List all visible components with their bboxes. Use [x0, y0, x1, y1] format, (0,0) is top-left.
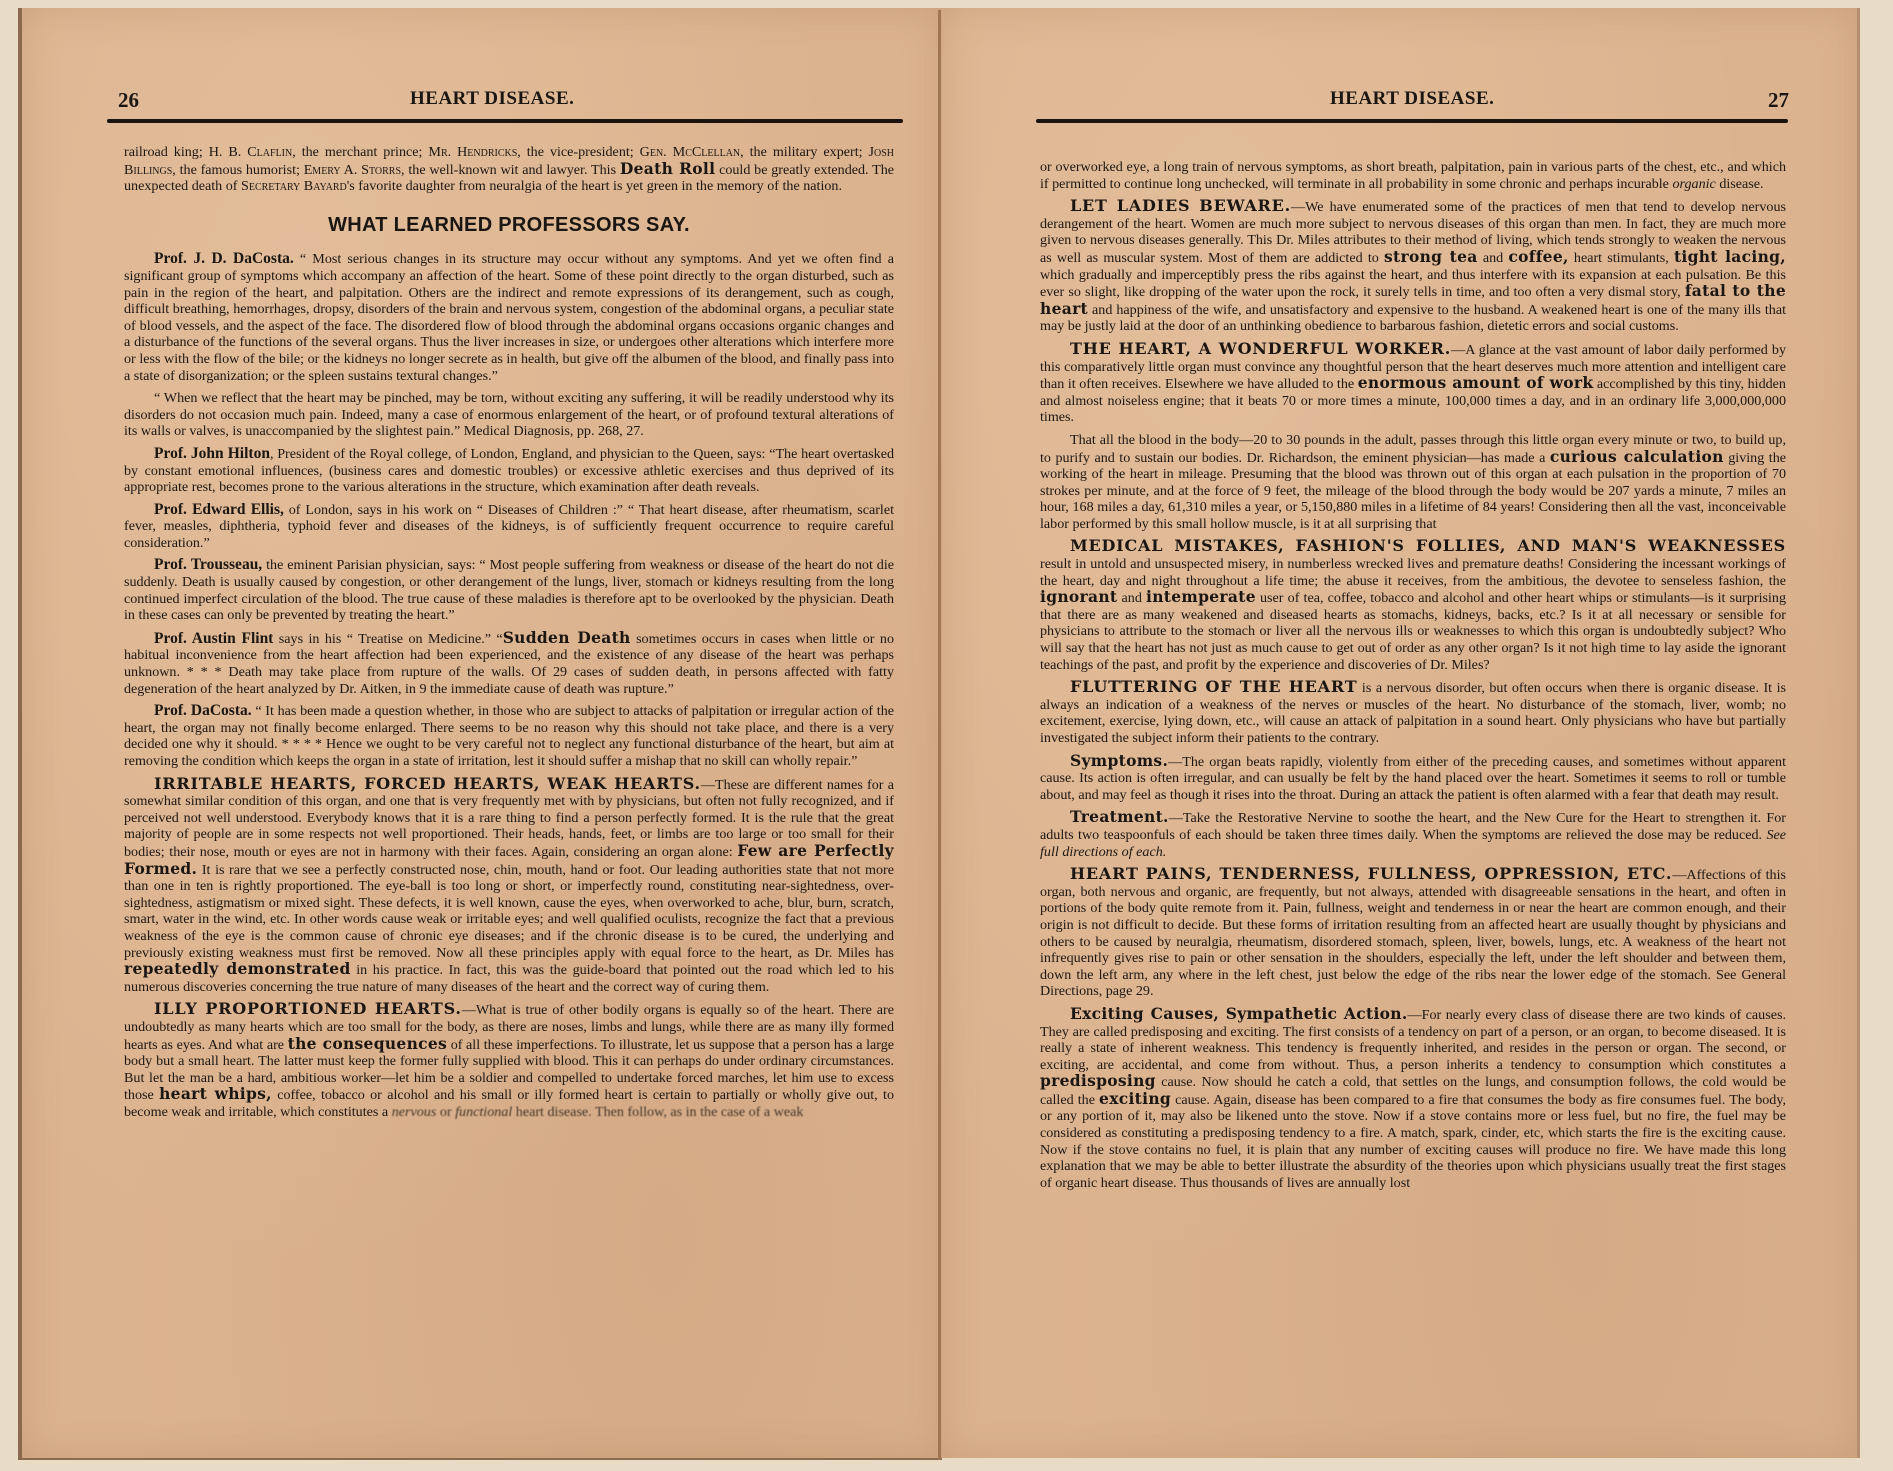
quote-text: says in his “ Treatise on Medicine.” “ — [273, 631, 502, 647]
text-run: 's favorite daughter from neuralgia of t… — [347, 178, 842, 194]
book-spine — [938, 10, 941, 1460]
emphasis-text: intemperate — [1146, 587, 1256, 606]
blood-calculation-paragraph: That all the blood in the body—20 to 30 … — [1040, 432, 1786, 533]
professor-name: Prof. Austin Flint — [154, 630, 273, 647]
body-text: result in untold and unsuspected misery,… — [1040, 556, 1786, 589]
section-title-professors: WHAT LEARNED PROFESSORS SAY. — [124, 217, 894, 234]
left-header-rule — [107, 119, 903, 123]
body-text: which gradually and imperceptibly press … — [1040, 267, 1786, 301]
emphasis-text: heart whips, — [159, 1084, 272, 1103]
emphasis-text: enormous amount of work — [1358, 373, 1594, 392]
section-heading: ILLY PROPORTIONED HEARTS. — [154, 999, 462, 1018]
body-text: or — [436, 1104, 455, 1120]
text-run: , the vice-president; — [517, 144, 639, 160]
section-let-ladies-beware: LET LADIES BEWARE.—We have enumerated so… — [1040, 198, 1786, 335]
quote-text: “ Most serious changes in its structure … — [124, 251, 894, 383]
emphasis-text: curious calculation — [1550, 447, 1724, 466]
left-page-body: railroad king; H. B. Claflin, the mercha… — [124, 144, 894, 1126]
section-heading: Treatment. — [1070, 807, 1169, 826]
section-heading: IRRITABLE HEARTS, FORCED HEARTS, WEAK HE… — [154, 774, 701, 793]
section-wonderful-worker: THE HEART, A WONDERFUL WORKER.—A glance … — [1040, 341, 1786, 426]
professor-name: Prof. John Hilton — [154, 445, 270, 462]
text-run: , the famous humorist; — [172, 162, 303, 178]
section-exciting-causes: Exciting Causes, Sympathetic Action.—For… — [1040, 1006, 1786, 1192]
text-run: , the military expert; — [740, 144, 868, 160]
body-text: heart stimulants, — [1569, 250, 1674, 266]
body-text: —Affections of this organ, both nervous … — [1040, 867, 1786, 999]
continued-paragraph: or overworked eye, a long train of nervo… — [1040, 159, 1786, 192]
section-heading: FLUTTERING OF THE HEART — [1070, 677, 1357, 696]
emphasis-sudden-death: Sudden Death — [503, 628, 631, 647]
section-fluttering: FLUTTERING OF THE HEART is a nervous dis… — [1040, 679, 1786, 746]
text-run: , the merchant prince; — [292, 144, 428, 160]
text-run: , the well-known wit and lawyer. This — [401, 162, 620, 178]
emphasis-text: strong tea — [1384, 247, 1478, 266]
body-text: It is rare that we see a perfectly const… — [124, 862, 894, 961]
emphasis-text: exciting — [1099, 1089, 1171, 1108]
person-name: Emery A. Storrs — [304, 162, 401, 178]
person-name: Mr. Hendricks — [428, 144, 517, 160]
section-heading: MEDICAL MISTAKES, FASHION'S FOLLIES, AND… — [1070, 536, 1786, 555]
emphasis-text: coffee, — [1508, 247, 1568, 266]
professor-name: Prof. Trousseau, — [154, 556, 262, 573]
section-treatment: Treatment.—Take the Restorative Nervine … — [1040, 809, 1786, 860]
section-symptoms: Symptoms.—The organ beats rapidly, viole… — [1040, 753, 1786, 804]
emphasis-text: ignorant — [1040, 587, 1117, 606]
left-page-number: 26 — [118, 88, 139, 113]
section-heading: Symptoms. — [1070, 751, 1168, 770]
quote-ellis: Prof. Edward Ellis, of London, says in h… — [124, 502, 894, 552]
italic-text: functional — [455, 1104, 512, 1120]
section-heading: HEART PAINS, TENDERNESS, FULLNESS, OPPRE… — [1070, 864, 1672, 883]
section-illy-proportioned: ILLY PROPORTIONED HEARTS.—What is true o… — [124, 1001, 894, 1120]
professor-name: Prof. Edward Ellis, — [154, 501, 284, 518]
book-spread: 26 HEART DISEASE. railroad king; H. B. C… — [0, 0, 1893, 1471]
quote-hilton: Prof. John Hilton, President of the Roya… — [124, 446, 894, 496]
quote-text: “ When we reflect that the heart may be … — [124, 390, 894, 439]
emphasis-text: predisposing — [1040, 1071, 1156, 1090]
person-name: Gen. McClellan — [640, 144, 740, 160]
emphasis-text: the consequences — [288, 1034, 447, 1053]
right-page-body: or overworked eye, a long train of nervo… — [1040, 159, 1786, 1197]
quote-dacosta-2: Prof. DaCosta. “ It has been made a ques… — [124, 703, 894, 769]
emphasis-text: tight lacing, — [1674, 247, 1786, 266]
emphasis-text: repeatedly demonstrated — [124, 959, 351, 978]
quote-dacosta-1-cont: “ When we reflect that the heart may be … — [124, 390, 894, 440]
italic-text: nervous — [392, 1104, 437, 1120]
person-name: Secretary Bayard — [241, 178, 347, 194]
professor-name: Prof. J. D. DaCosta. — [154, 250, 294, 267]
section-heading: LET LADIES BEWARE. — [1070, 196, 1291, 215]
section-heading: Exciting Causes, Sympathetic Action. — [1070, 1004, 1408, 1023]
left-running-head: HEART DISEASE. — [410, 88, 574, 112]
professor-name: Prof. DaCosta. — [154, 702, 252, 719]
quote-flint: Prof. Austin Flint says in his “ Treatis… — [124, 630, 894, 697]
quote-trousseau: Prof. Trousseau, the eminent Parisian ph… — [124, 557, 894, 623]
italic-text: organic — [1672, 176, 1715, 192]
body-text: and happiness of the wife, and unsatisfa… — [1040, 302, 1786, 335]
body-text: heart disease. Then follow, as in the ca… — [512, 1104, 803, 1120]
section-medical-mistakes: MEDICAL MISTAKES, FASHION'S FOLLIES, AND… — [1040, 538, 1786, 673]
right-header-rule — [1036, 119, 1788, 123]
person-name: Claflin — [247, 144, 292, 160]
section-irritable-hearts: IRRITABLE HEARTS, FORCED HEARTS, WEAK HE… — [124, 776, 894, 996]
quote-dacosta-1: Prof. J. D. DaCosta. “ Most serious chan… — [124, 251, 894, 384]
right-running-head: HEART DISEASE. — [1330, 88, 1494, 112]
emphasis-death-roll: Death Roll — [620, 159, 715, 178]
text-run: railroad king; H. B. — [124, 144, 247, 160]
section-heart-pains: HEART PAINS, TENDERNESS, FULLNESS, OPPRE… — [1040, 866, 1786, 1000]
body-text: and — [1478, 250, 1509, 266]
body-text: disease. — [1716, 176, 1764, 192]
intro-paragraph: railroad king; H. B. Claflin, the mercha… — [124, 144, 894, 195]
section-heading: THE HEART, A WONDERFUL WORKER. — [1070, 339, 1451, 358]
body-text: and — [1117, 590, 1146, 606]
right-page-number: 27 — [1768, 88, 1789, 113]
